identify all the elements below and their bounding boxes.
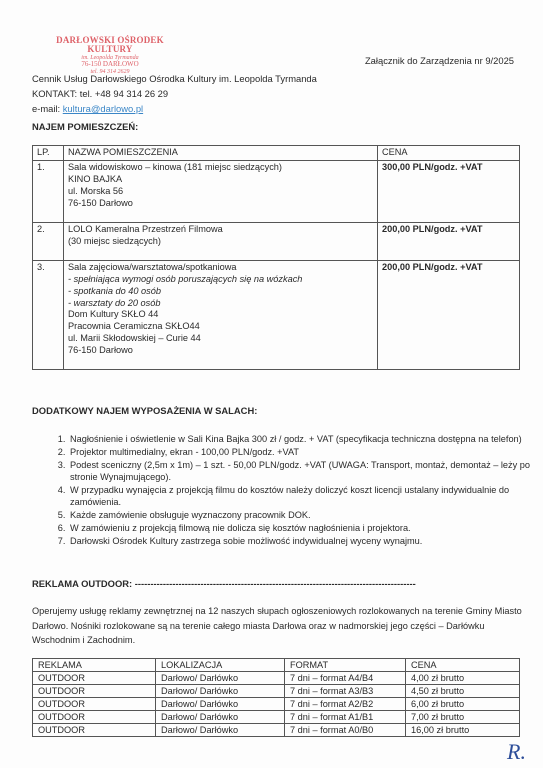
outdoor-description: Operujemy usługę reklamy zewnętrznej na …: [32, 604, 522, 648]
table-row: OUTDOORDarłowo/ Darłówko7 dni – format A…: [33, 724, 520, 737]
room-detail-line: Dom Kultury SKŁO 44: [68, 309, 373, 321]
table-header-row: LP. NAZWA POMIESZCZENIA CENA: [33, 146, 520, 161]
table-row: 2.LOLO Kameralna Przestrzeń Filmowa(30 m…: [33, 222, 520, 260]
table-cell: 7 dni – format A4/B4: [285, 672, 406, 685]
table-row: 1.Sala widowiskowo – kinowa (181 miejsc …: [33, 160, 520, 222]
equipment-item: Podest sceniczny (2,5m x 1m) – 1 szt. - …: [68, 460, 538, 484]
table-cell: 7,00 zł brutto: [406, 711, 520, 724]
email-link[interactable]: kultura@darlowo.pl: [63, 103, 143, 114]
table-cell: 7 dni – format A2/B2: [285, 698, 406, 711]
outdoor-heading: REKLAMA OUTDOOR: -----------------------…: [32, 578, 416, 590]
room-detail-line: (30 miejsc siedzących): [68, 236, 373, 248]
table-cell: OUTDOOR: [33, 685, 156, 698]
equipment-list: Nagłośnienie i oświetlenie w Sali Kina B…: [50, 434, 538, 549]
room-detail-line: Pracownia Ceramiczna SKŁO44: [68, 321, 373, 333]
equipment-item: Nagłośnienie i oświetlenie w Sali Kina B…: [68, 434, 538, 446]
table-row: OUTDOORDarłowo/ Darłówko7 dni – format A…: [33, 711, 520, 724]
table-row: OUTDOORDarłowo/ Darłówko7 dni – format A…: [33, 672, 520, 685]
room-detail-line: 76-150 Darłowo: [68, 345, 373, 357]
room-price: 200,00 PLN/godz. +VAT: [378, 222, 520, 260]
stamp-line: DARŁOWSKI OŚRODEK KULTURY: [50, 36, 170, 55]
room-detail-line: Sala zajęciowa/warsztatowa/spotkaniowa: [68, 262, 373, 274]
room-detail-line: KINO BAJKA: [68, 174, 373, 186]
table-cell: Darłowo/ Darłówko: [156, 698, 285, 711]
room-name-cell: Sala widowiskowo – kinowa (181 miejsc si…: [64, 160, 378, 222]
row-number: 3.: [33, 260, 64, 370]
room-price: 200,00 PLN/godz. +VAT: [378, 260, 520, 370]
table-cell: 16,00 zł brutto: [406, 724, 520, 737]
table-cell: Darłowo/ Darłówko: [156, 672, 285, 685]
table-cell: 4,50 zł brutto: [406, 685, 520, 698]
room-detail-line: ul. Marii Skłodowskiej – Curie 44: [68, 333, 373, 345]
column-header: CENA: [378, 146, 520, 161]
equipment-item: W przypadku wynajęcia z projekcją filmu …: [68, 485, 538, 509]
organization-stamp: DARŁOWSKI OŚRODEK KULTURY im. Leopolda T…: [50, 36, 170, 75]
rooms-table: LP. NAZWA POMIESZCZENIA CENA 1.Sala wido…: [32, 145, 520, 370]
document-page: DARŁOWSKI OŚRODEK KULTURY im. Leopolda T…: [0, 0, 543, 768]
room-name-cell: Sala zajęciowa/warsztatowa/spotkaniowa- …: [64, 260, 378, 370]
table-cell: 7 dni – format A0/B0: [285, 724, 406, 737]
equipment-item: W zamówieniu z projekcją filmową nie dol…: [68, 523, 538, 535]
outdoor-table: REKLAMA LOKALIZACJA FORMAT CENA OUTDOORD…: [32, 658, 520, 737]
table-cell: Darłowo/ Darłówko: [156, 724, 285, 737]
row-number: 1.: [33, 160, 64, 222]
room-detail-line: 76-150 Darłowo: [68, 198, 373, 210]
room-price: 300,00 PLN/godz. +VAT: [378, 160, 520, 222]
table-cell: OUTDOOR: [33, 724, 156, 737]
table-cell: Darłowo/ Darłówko: [156, 685, 285, 698]
table-header-row: REKLAMA LOKALIZACJA FORMAT CENA: [33, 659, 520, 672]
rooms-heading: NAJEM POMIESZCZEŃ:: [32, 121, 138, 133]
table-cell: 4,00 zł brutto: [406, 672, 520, 685]
table-row: 3.Sala zajęciowa/warsztatowa/spotkaniowa…: [33, 260, 520, 370]
room-detail-line: LOLO Kameralna Przestrzeń Filmowa: [68, 224, 373, 236]
equipment-item: Projektor multimedialny, ekran - 100,00 …: [68, 447, 538, 459]
column-header: LP.: [33, 146, 64, 161]
stamp-line: 76-150 DARŁOWO: [50, 61, 170, 68]
table-cell: OUTDOOR: [33, 672, 156, 685]
room-detail-line: - warsztaty do 20 osób: [68, 298, 373, 310]
table-cell: 7 dni – format A1/B1: [285, 711, 406, 724]
column-header: FORMAT: [285, 659, 406, 672]
contact-phone: KONTAKT: tel. +48 94 314 26 29: [32, 86, 317, 101]
equipment-heading: DODATKOWY NAJEM WYPOSAŻENIA W SALACH:: [32, 405, 257, 417]
table-cell: Darłowo/ Darłówko: [156, 711, 285, 724]
attachment-label: Załącznik do Zarządzenia nr 9/2025: [365, 55, 514, 67]
room-detail-line: ul. Morska 56: [68, 186, 373, 198]
room-detail-line: - spełniająca wymogi osób poruszających …: [68, 274, 373, 286]
column-header: LOKALIZACJA: [156, 659, 285, 672]
email-label: e-mail:: [32, 103, 63, 114]
document-title: Cennik Usług Darłowskiego Ośrodka Kultur…: [32, 71, 317, 86]
column-header: NAZWA POMIESZCZENIA: [64, 146, 378, 161]
room-name-cell: LOLO Kameralna Przestrzeń Filmowa(30 mie…: [64, 222, 378, 260]
column-header: REKLAMA: [33, 659, 156, 672]
room-detail-line: Sala widowiskowo – kinowa (181 miejsc si…: [68, 162, 373, 174]
equipment-item: Każde zamówienie obsługuje wyznaczony pr…: [68, 510, 538, 522]
table-cell: 7 dni – format A3/B3: [285, 685, 406, 698]
equipment-item: Darłowski Ośrodek Kultury zastrzega sobi…: [68, 536, 538, 548]
table-row: OUTDOORDarłowo/ Darłówko7 dni – format A…: [33, 698, 520, 711]
room-detail-line: - spotkania do 40 osób: [68, 286, 373, 298]
column-header: CENA: [406, 659, 520, 672]
signature-initial: R.: [507, 738, 533, 764]
table-cell: 6,00 zł brutto: [406, 698, 520, 711]
contact-email-row: e-mail: kultura@darlowo.pl: [32, 101, 317, 116]
table-cell: OUTDOOR: [33, 711, 156, 724]
table-cell: OUTDOOR: [33, 698, 156, 711]
document-header: Cennik Usług Darłowskiego Ośrodka Kultur…: [32, 71, 317, 116]
table-row: OUTDOORDarłowo/ Darłówko7 dni – format A…: [33, 685, 520, 698]
row-number: 2.: [33, 222, 64, 260]
